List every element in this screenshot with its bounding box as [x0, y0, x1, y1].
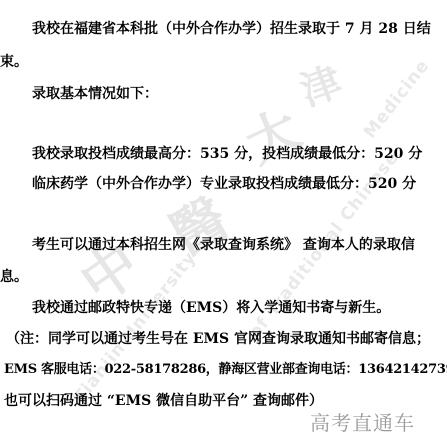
paragraph-ems-delivery: 我校通过邮政特快专递（EMS）将入学通知书寄与新生。 — [32, 300, 390, 316]
corner-watermark-logo: 高考直通车 — [310, 407, 415, 436]
paragraph-note-line-1: （注：同学可以通过考生号在 EMS 官网查询录取通知书邮寄信息； — [6, 331, 430, 347]
watermark-calligraphy-glyph: 津 — [291, 50, 348, 117]
watermark-english-medicine: Medicine — [360, 56, 434, 142]
paragraph-query-system-line-2: 息。 — [0, 269, 28, 285]
watermark-calligraphy-glyph: 大 — [232, 88, 311, 178]
paragraph-note-line-2: EMS 客服电话：022-58178286，静海区营业部查询电话：1364214… — [4, 362, 447, 378]
paragraph-clinical-pharmacy-score: 临床药学（中外合作办学）专业录取投档成绩最低分：520 分 — [32, 176, 416, 192]
paragraph-score-range: 我校录取投档成绩最高分：535 分，投档成绩最低分：520 分 — [32, 146, 422, 162]
paragraph-admission-end-line-2: 束。 — [0, 54, 28, 70]
paragraph-note-line-3: 也可以扫码通过 “EMS 微信自助平台” 查询邮件） — [4, 393, 323, 409]
watermark-english-university: Tianjin University — [70, 248, 201, 407]
paragraph-admission-end-line-1: 我校在福建省本科批（中外合作办学）招生录取于 7 月 28 日结 — [32, 21, 431, 37]
paragraph-summary-heading: 录取基本情况如下： — [32, 86, 158, 102]
paragraph-query-system-line-1: 考生可以通过本科招生网《录取查询系统》 查询本人的录取信 — [32, 237, 415, 253]
